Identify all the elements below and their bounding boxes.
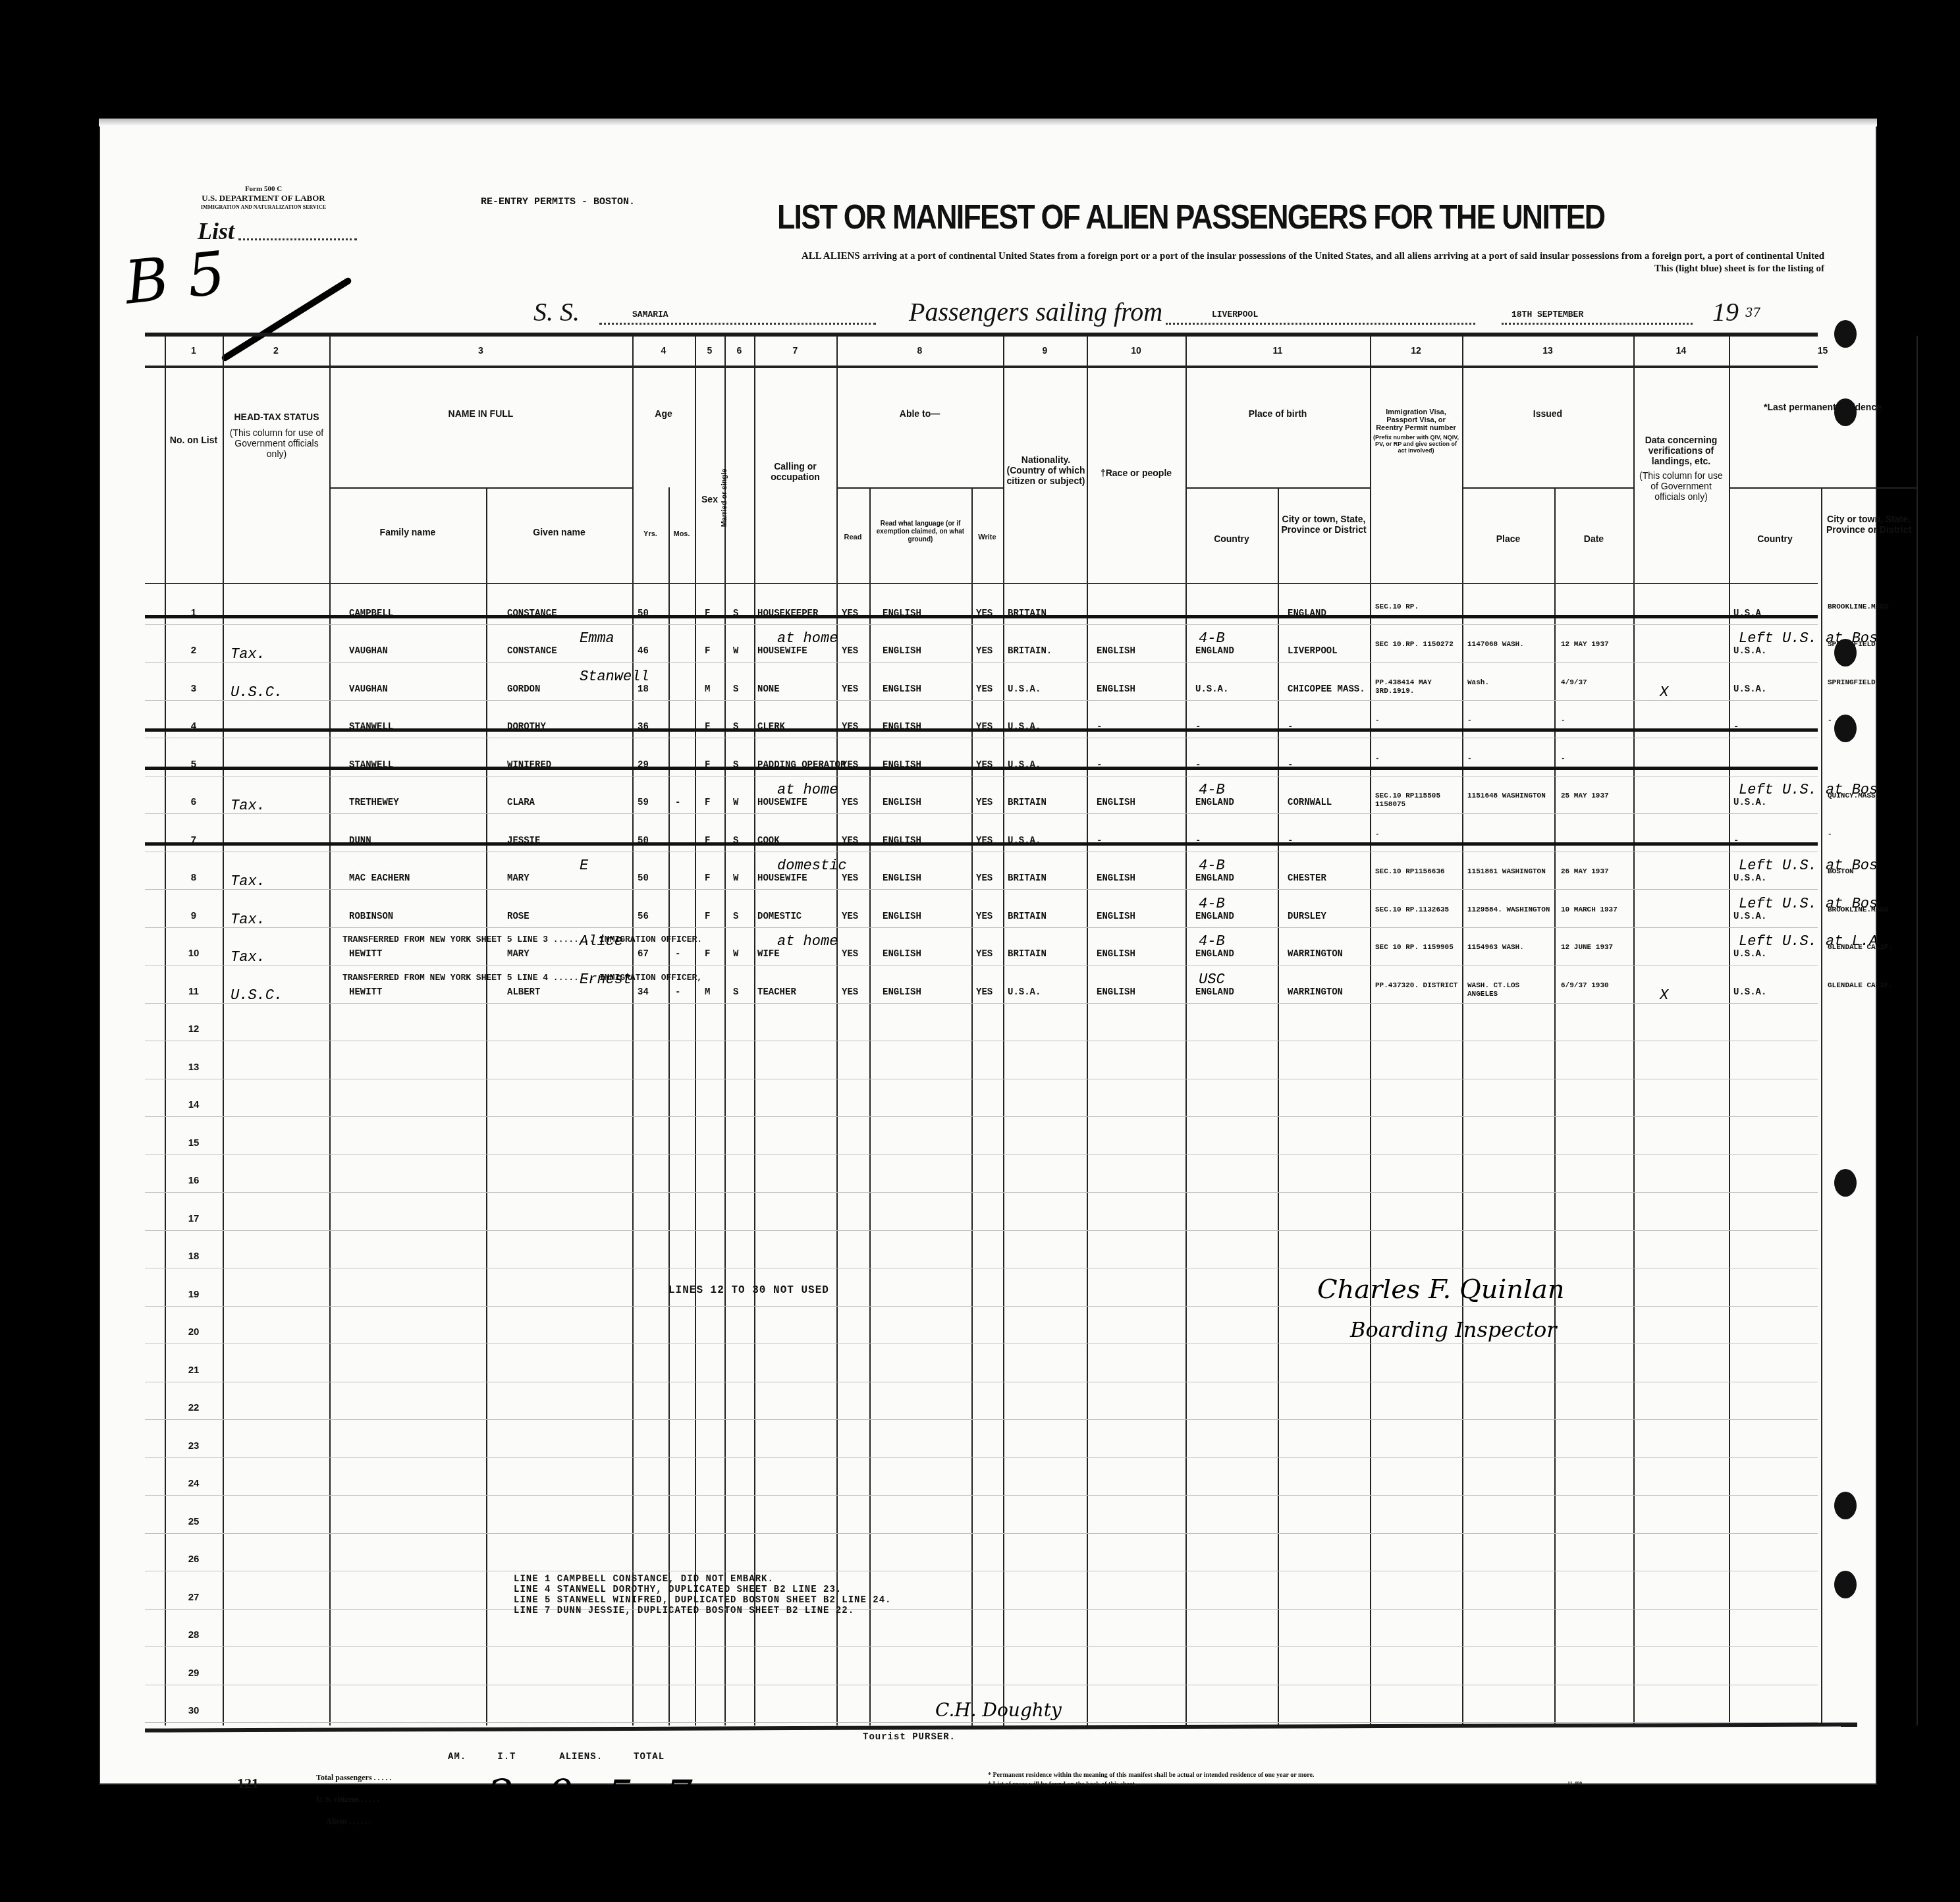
race: ENGLISH — [1097, 987, 1135, 998]
inspector-signature: Charles F. Quinlan — [1317, 1274, 1565, 1305]
sex: F — [705, 949, 710, 960]
head-tax-status: Tax. — [231, 798, 265, 814]
unused-lines-note: LINES 12 TO 30 NOT USED — [668, 1284, 829, 1296]
age-years: 67 — [638, 949, 649, 960]
header-age: Age — [632, 408, 695, 419]
row-number: 13 — [180, 1062, 207, 1073]
col-num-9: 9 — [1003, 345, 1087, 356]
sex: F — [705, 798, 710, 808]
manifest-sheet: Form 500 C U.S. DEPARTMENT OF LABOR IMMI… — [99, 119, 1877, 1785]
header-no-on-list: No. on List — [165, 435, 223, 445]
row-number: 23 — [180, 1440, 207, 1452]
row-rule — [145, 927, 1818, 928]
port-name: LIVERPOOL — [1212, 310, 1258, 319]
service: IMMIGRATION AND NATURALIZATION SERVICE — [178, 203, 349, 212]
issued-date: 6/9/37 1930 — [1561, 982, 1647, 991]
inspector-title: Boarding Inspector — [1350, 1317, 1557, 1342]
totals-aliens: ALIENS. — [559, 1752, 603, 1762]
row-rule — [145, 662, 1818, 663]
row-number: 21 — [180, 1365, 207, 1376]
year-prefix: 19 — [1712, 296, 1739, 327]
race: ENGLISH — [1097, 684, 1135, 695]
sailing-date: 18TH SEPTEMBER — [1511, 310, 1583, 319]
row-rule — [145, 1155, 1818, 1155]
verification: X — [1660, 684, 1668, 701]
issued-date: - — [1561, 717, 1647, 725]
can-write: YES — [976, 949, 993, 960]
row-rule — [145, 1685, 1818, 1685]
given-name-handwritten: E — [580, 857, 588, 874]
can-read: YES — [842, 873, 858, 884]
header-yrs: Yrs. — [632, 530, 668, 538]
can-write: YES — [976, 798, 993, 808]
issued-place: 1154963 WASH. — [1467, 944, 1553, 952]
head-tax-note: (This column for use of Government offic… — [227, 427, 326, 459]
row-rule — [145, 776, 1818, 776]
head-tax-status: U.S.C. — [231, 987, 283, 1004]
residence-country: U.S.A. — [1733, 646, 1766, 657]
age-years: 56 — [638, 911, 649, 922]
row-rule — [145, 1079, 1818, 1079]
binder-hole — [1834, 1492, 1857, 1519]
occupation-handwritten: domestic — [777, 857, 847, 874]
family-name: VAUGHAN — [349, 684, 388, 695]
occupation: DOMESTIC — [757, 911, 802, 922]
row-rule — [145, 1533, 1818, 1534]
purser-signature: C.H. Doughty — [935, 1699, 1062, 1721]
row-number: 12 — [180, 1023, 207, 1035]
visa-number: SEC.10 RP.1132635 — [1375, 906, 1461, 915]
age-years: 34 — [638, 987, 649, 998]
verification-label: Data concerning verifications of landing… — [1637, 435, 1726, 466]
race: ENGLISH — [1097, 798, 1135, 808]
header-calling: Calling or occupation — [754, 461, 836, 482]
head-tax-label: HEAD-TAX STATUS — [227, 412, 326, 422]
totals-it: I.T — [497, 1752, 516, 1762]
visa-number: - — [1375, 717, 1461, 725]
visa-number: - — [1375, 755, 1461, 763]
ss-label: S. S. — [533, 296, 580, 327]
birth-city: DURSLEY — [1288, 911, 1326, 922]
residence-country: U.S.A. — [1733, 684, 1766, 695]
issued-place: 1151648 WASHINGTON — [1467, 792, 1553, 801]
row-rule — [145, 813, 1818, 814]
issued-place: 1151861 WASHINGTON — [1467, 868, 1553, 877]
row-number: 28 — [180, 1629, 207, 1641]
header-issued-date: Date — [1554, 533, 1633, 544]
given-name-handwritten: Emma — [580, 630, 614, 647]
row-rule — [145, 965, 1818, 965]
manifest-table: 1 2 3 4 5 6 7 8 9 10 11 12 13 14 15 No. … — [145, 336, 1818, 1739]
nationality: BRITAIN — [1008, 911, 1047, 922]
given-name-handwritten: Alice — [580, 933, 623, 950]
birth-country-handwritten: 4-B — [1199, 630, 1225, 647]
birth-city: WARRINGTON — [1288, 987, 1343, 998]
row-number: 27 — [180, 1592, 207, 1603]
read-language: ENGLISH — [883, 949, 921, 960]
birth-country: ENGLAND — [1195, 798, 1234, 808]
row-number: 9 — [180, 910, 207, 921]
occupation-handwritten: at home — [777, 630, 838, 647]
family-name: HEWITT — [349, 949, 382, 960]
row-number: 15 — [180, 1137, 207, 1149]
birth-country-handwritten: 4-B — [1199, 857, 1225, 874]
occupation: HOUSEWIFE — [757, 873, 807, 884]
sex: M — [705, 684, 710, 695]
row-rule — [145, 1041, 1818, 1041]
birth-city: WARRINGTON — [1288, 949, 1343, 960]
row-number: 16 — [180, 1175, 207, 1186]
birth-country-handwritten: 4-B — [1199, 782, 1225, 798]
footer-form-code: 11-400 — [1567, 1781, 1582, 1787]
header-res-city: City or town, State, Province or Distric… — [1824, 514, 1913, 535]
row-rule — [145, 1646, 1818, 1647]
birth-country: ENGLAND — [1195, 646, 1234, 657]
note-line-4: LINE 7 DUNN JESSIE, DUPLICATED BOSTON SH… — [514, 1606, 891, 1616]
birth-country: ENGLAND — [1195, 987, 1234, 998]
col-num-3: 3 — [329, 345, 632, 356]
nationality: U.S.A. — [1008, 684, 1041, 695]
residence-country: U.S.A. — [1733, 911, 1766, 922]
can-write: YES — [976, 987, 993, 998]
can-write: YES — [976, 873, 993, 884]
header-issued: Issued — [1462, 408, 1633, 419]
occupation: HOUSEWIFE — [757, 646, 807, 657]
birth-country: ENGLAND — [1195, 873, 1234, 884]
birth-country-handwritten: 4-B — [1199, 933, 1225, 950]
col-num-14: 14 — [1633, 345, 1729, 356]
given-name: GORDON — [507, 684, 540, 695]
race: ENGLISH — [1097, 949, 1135, 960]
row-number: 22 — [180, 1402, 207, 1413]
col-num-8: 8 — [836, 345, 1003, 356]
occupation: WIFE — [757, 949, 780, 960]
binder-hole — [1834, 1169, 1857, 1197]
col-num-6: 6 — [724, 345, 754, 356]
visa-number: PP.438414 MAY 3RD.1919. — [1375, 679, 1461, 696]
given-name-handwritten: Ernest — [580, 971, 632, 988]
residence-handwritten: Left U.S. at Boston — [1739, 857, 1904, 874]
row-number: 26 — [180, 1554, 207, 1565]
header-read: Read — [836, 533, 869, 541]
issued-date: 26 MAY 1937 — [1561, 868, 1647, 877]
age-months: - — [675, 987, 680, 998]
read-language: ENGLISH — [883, 646, 921, 657]
birth-city: LIVERPOOL — [1288, 646, 1338, 657]
family-name: HEWITT — [349, 987, 382, 998]
can-read: YES — [842, 798, 858, 808]
strikethrough-line — [145, 728, 1818, 732]
read-language: ENGLISH — [883, 987, 921, 998]
ship-line — [599, 323, 876, 325]
residence-handwritten: Left U.S. at L.A. — [1739, 933, 1886, 950]
occupation: TEACHER — [757, 987, 796, 998]
head-tax-status: Tax. — [231, 646, 265, 663]
marital-status: W — [733, 646, 738, 657]
verification: X — [1660, 987, 1668, 1004]
visa-number: - — [1375, 830, 1461, 839]
issued-date: 25 MAY 1937 — [1561, 792, 1647, 801]
head-tax-status: Tax. — [231, 911, 265, 928]
birth-city: CHICOPEE MASS. — [1288, 684, 1365, 695]
age-years: 18 — [638, 684, 649, 695]
age-months: - — [675, 949, 680, 960]
row-rule — [145, 1495, 1818, 1496]
can-write: YES — [976, 684, 993, 695]
sex: M — [705, 987, 710, 998]
visa-note: (Prefix number with QIV, NQIV, PV, or RP… — [1373, 434, 1459, 454]
row-rule — [145, 1306, 1818, 1307]
col-num-2: 2 — [223, 345, 329, 356]
form-number: Form 500 C — [178, 184, 349, 194]
row-rule — [145, 738, 1818, 738]
note-line-1: LINE 1 CAMPBELL CONSTANCE, DID NOT EMBAR… — [514, 1574, 891, 1585]
row-rule — [145, 1003, 1818, 1004]
header-name-in-full: NAME IN FULL — [329, 408, 632, 419]
col-num-11: 11 — [1185, 345, 1370, 356]
header-res-country: Country — [1729, 533, 1821, 544]
race: ENGLISH — [1097, 911, 1135, 922]
col-num-1: 1 — [165, 345, 223, 356]
age-months: - — [675, 798, 680, 808]
row-number: 6 — [180, 796, 207, 807]
head-tax-status: Tax. — [231, 873, 265, 890]
can-write: YES — [976, 646, 993, 657]
subtitle-line-1: ALL ALIENS arriving at a port of contine… — [441, 250, 1824, 263]
residence-country: U.S.A. — [1733, 798, 1766, 808]
row-number: 17 — [180, 1213, 207, 1224]
totals-total: TOTAL — [634, 1752, 665, 1762]
residence-city: SPRINGFIELD. — [1828, 679, 1913, 688]
transfer-note: TRANSFERRED FROM NEW YORK SHEET 5 LINE 4… — [342, 973, 702, 983]
row-number: 19 — [180, 1289, 207, 1300]
header-race: †Race or people — [1087, 468, 1185, 478]
issued-date: 4/9/37 — [1561, 679, 1647, 688]
port-line — [1166, 323, 1475, 325]
row-rule — [145, 1192, 1818, 1193]
header-pob-city: City or town, State, Province or Distric… — [1281, 514, 1367, 535]
issued-place: 1129584. WASHINGTON — [1467, 906, 1553, 915]
residence-city: BROOKLINE.MASS — [1828, 603, 1913, 612]
footer-us-citizens: U. S. citizens . . . . . — [316, 1795, 379, 1805]
marital-status: S — [733, 911, 738, 922]
read-language: ENGLISH — [883, 684, 921, 695]
sex: F — [705, 873, 710, 884]
header-place-of-birth: Place of birth — [1185, 408, 1370, 419]
row-number: 18 — [180, 1251, 207, 1262]
age-years: 59 — [638, 798, 649, 808]
col-num-10: 10 — [1087, 345, 1185, 356]
marital-status: W — [733, 798, 738, 808]
binder-hole — [1834, 398, 1857, 426]
head-tax-status: U.S.C. — [231, 684, 283, 701]
nationality: BRITAIN — [1008, 798, 1047, 808]
header-visa: Immigration Visa, Passport Visa, or Reen… — [1373, 408, 1459, 454]
row-rule — [145, 700, 1818, 701]
issued-place: 1147068 WASH. — [1467, 641, 1553, 649]
binder-hole — [1834, 715, 1857, 742]
reentry-stamp: RE-ENTRY PERMITS - BOSTON. — [481, 196, 635, 207]
birth-country-handwritten: 4-B — [1199, 896, 1225, 912]
issued-date: 12 MAY 1937 — [1561, 641, 1647, 649]
head-tax-status: Tax. — [231, 949, 265, 965]
sailing-label: Passengers sailing from — [909, 296, 1162, 327]
issued-date: - — [1561, 755, 1647, 763]
binder-hole — [1834, 1571, 1857, 1598]
ship-name: SAMARIA — [632, 310, 668, 319]
row-number: 25 — [180, 1516, 207, 1527]
marital-status: S — [733, 987, 738, 998]
row-number: 3 — [180, 683, 207, 694]
can-read: YES — [842, 684, 858, 695]
occupation-handwritten: at home — [777, 933, 838, 950]
read-language: ENGLISH — [883, 798, 921, 808]
footnote-races: † List of races will be found on the bac… — [988, 1781, 1136, 1788]
visa-number: SEC.10 RP. — [1375, 603, 1461, 612]
row-rule — [145, 1722, 1818, 1723]
header-write: Write — [971, 533, 1003, 541]
col-num-12: 12 — [1370, 345, 1462, 356]
family-name: ROBINSON — [349, 911, 393, 922]
birth-country: ENGLAND — [1195, 911, 1234, 922]
header-head-tax: HEAD-TAX STATUS (This column for use of … — [227, 412, 326, 459]
issued-place: - — [1467, 717, 1553, 725]
residence-handwritten: Left U.S. at Boston — [1739, 630, 1904, 647]
col-num-4: 4 — [632, 345, 695, 356]
header-read-language: Read what language (or if exemption clai… — [869, 520, 971, 544]
year-suffix: 37 — [1745, 306, 1760, 320]
department: U.S. DEPARTMENT OF LABOR — [178, 194, 349, 203]
sex: F — [705, 646, 710, 657]
form-identifier: Form 500 C U.S. DEPARTMENT OF LABOR IMMI… — [178, 184, 349, 212]
occupation: NONE — [757, 684, 780, 695]
can-read: YES — [842, 987, 858, 998]
col-num-5: 5 — [695, 345, 724, 356]
residence-city: - — [1828, 830, 1913, 839]
visa-number: SEC.10 RP1156636 — [1375, 868, 1461, 877]
can-write: YES — [976, 911, 993, 922]
marital-status: W — [733, 873, 738, 884]
footer-aliens: Aliens . . . . . . — [326, 1816, 371, 1826]
notes-block: LINE 1 CAMPBELL CONSTANCE, DID NOT EMBAR… — [514, 1574, 891, 1616]
manifest-subtitle: ALL ALIENS arriving at a port of contine… — [441, 250, 1824, 275]
binder-hole — [1834, 320, 1857, 348]
row-rule — [145, 1344, 1818, 1344]
birth-city: CORNWALL — [1288, 798, 1332, 808]
header-issued-place: Place — [1462, 533, 1554, 544]
issued-date: 12 JUNE 1937 — [1561, 944, 1647, 952]
nationality: BRITAIN. — [1008, 646, 1052, 657]
header-pob-country: Country — [1185, 533, 1278, 544]
strikethrough-line — [145, 767, 1818, 770]
given-name: ALBERT — [507, 987, 540, 998]
transfer-note: TRANSFERRED FROM NEW YORK SHEET 5 LINE 3… — [342, 935, 702, 944]
residence-country: U.S.A. — [1733, 987, 1766, 998]
visa-label: Immigration Visa, Passport Visa, or Reen… — [1373, 408, 1459, 432]
given-name-handwritten: Stanwell — [580, 668, 649, 685]
can-read: YES — [842, 646, 858, 657]
row-rule — [145, 1609, 1818, 1610]
header-family-name: Family name — [329, 527, 486, 537]
family-name: MAC EACHERN — [349, 873, 410, 884]
occupation-handwritten: at home — [777, 782, 838, 798]
manifest-title: LIST OR MANIFEST OF ALIEN PASSENGERS FOR… — [777, 198, 1604, 237]
family-name: TRETHEWEY — [349, 798, 399, 808]
issued-place: Wash. — [1467, 679, 1553, 688]
row-rule — [145, 1230, 1818, 1231]
birth-country: ENGLAND — [1195, 949, 1234, 960]
footnote-residence: * Permanent residence within the meaning… — [988, 1772, 1315, 1779]
note-line-3: LINE 5 STANWELL WINIFRED, DUPLICATED BOS… — [514, 1595, 891, 1606]
binder-hole — [1834, 639, 1857, 666]
read-language: ENGLISH — [883, 911, 921, 922]
given-name: MARY — [507, 949, 530, 960]
residence-country: U.S.A. — [1733, 873, 1766, 884]
verification-note: (This column for use of Government offic… — [1637, 470, 1726, 502]
occupation: HOUSEWIFE — [757, 798, 807, 808]
header-nationality: Nationality. (Country of which citizen o… — [1006, 454, 1085, 486]
age-years: 50 — [638, 873, 649, 884]
row-rule — [145, 1457, 1818, 1458]
row-rule — [145, 889, 1818, 890]
visa-number: PP.437320. DISTRICT — [1375, 982, 1461, 991]
row-rule — [145, 1419, 1818, 1420]
list-handwritten: B 5 — [122, 238, 229, 317]
row-number: 20 — [180, 1326, 207, 1338]
list-line — [238, 238, 357, 240]
header-last-residence: *Last permanent residence — [1729, 402, 1917, 412]
purser-label: Tourist PURSER. — [863, 1732, 956, 1743]
row-number: 30 — [180, 1705, 207, 1716]
nationality: U.S.A. — [1008, 987, 1041, 998]
can-read: YES — [842, 911, 858, 922]
can-read: YES — [842, 949, 858, 960]
row-number: 10 — [180, 948, 207, 959]
marital-status: W — [733, 949, 738, 960]
residence-country: U.S.A. — [1733, 949, 1766, 960]
col-num-15: 15 — [1729, 345, 1917, 356]
col-num-13: 13 — [1462, 345, 1633, 356]
residence-handwritten: Left U.S. at Boston — [1739, 896, 1904, 912]
row-rule — [145, 1571, 1818, 1571]
age-years: 46 — [638, 646, 649, 657]
given-name: ROSE — [507, 911, 530, 922]
note-line-2: LINE 4 STANWELL DOROTHY, DUPLICATED SHEE… — [514, 1585, 891, 1595]
header-verification: Data concerning verifications of landing… — [1637, 435, 1726, 502]
family-name: VAUGHAN — [349, 646, 388, 657]
given-name: CLARA — [507, 798, 535, 808]
row-rule — [145, 624, 1818, 625]
col-num-7: 7 — [754, 345, 836, 356]
birth-country: U.S.A. — [1195, 684, 1228, 695]
visa-number: SEC 10 RP. 1159905 — [1375, 944, 1461, 952]
marital-status: S — [733, 684, 738, 695]
birth-country-handwritten: USC — [1199, 971, 1225, 988]
footer-total-passengers: Total passengers . . . . . — [316, 1773, 392, 1783]
totals-header: AM. I.T ALIENS. TOTAL — [448, 1752, 665, 1762]
date-line — [1502, 323, 1693, 325]
sex: F — [705, 911, 710, 922]
row-number: 8 — [180, 872, 207, 883]
residence-city: GLENDALE CALIF. — [1828, 982, 1913, 991]
strikethrough-line — [145, 842, 1818, 846]
birth-city: CHESTER — [1288, 873, 1326, 884]
row-number: 24 — [180, 1478, 207, 1489]
row-number: 29 — [180, 1668, 207, 1679]
row-number: 2 — [180, 645, 207, 656]
read-language: ENGLISH — [883, 873, 921, 884]
strikethrough-line — [145, 615, 1818, 618]
